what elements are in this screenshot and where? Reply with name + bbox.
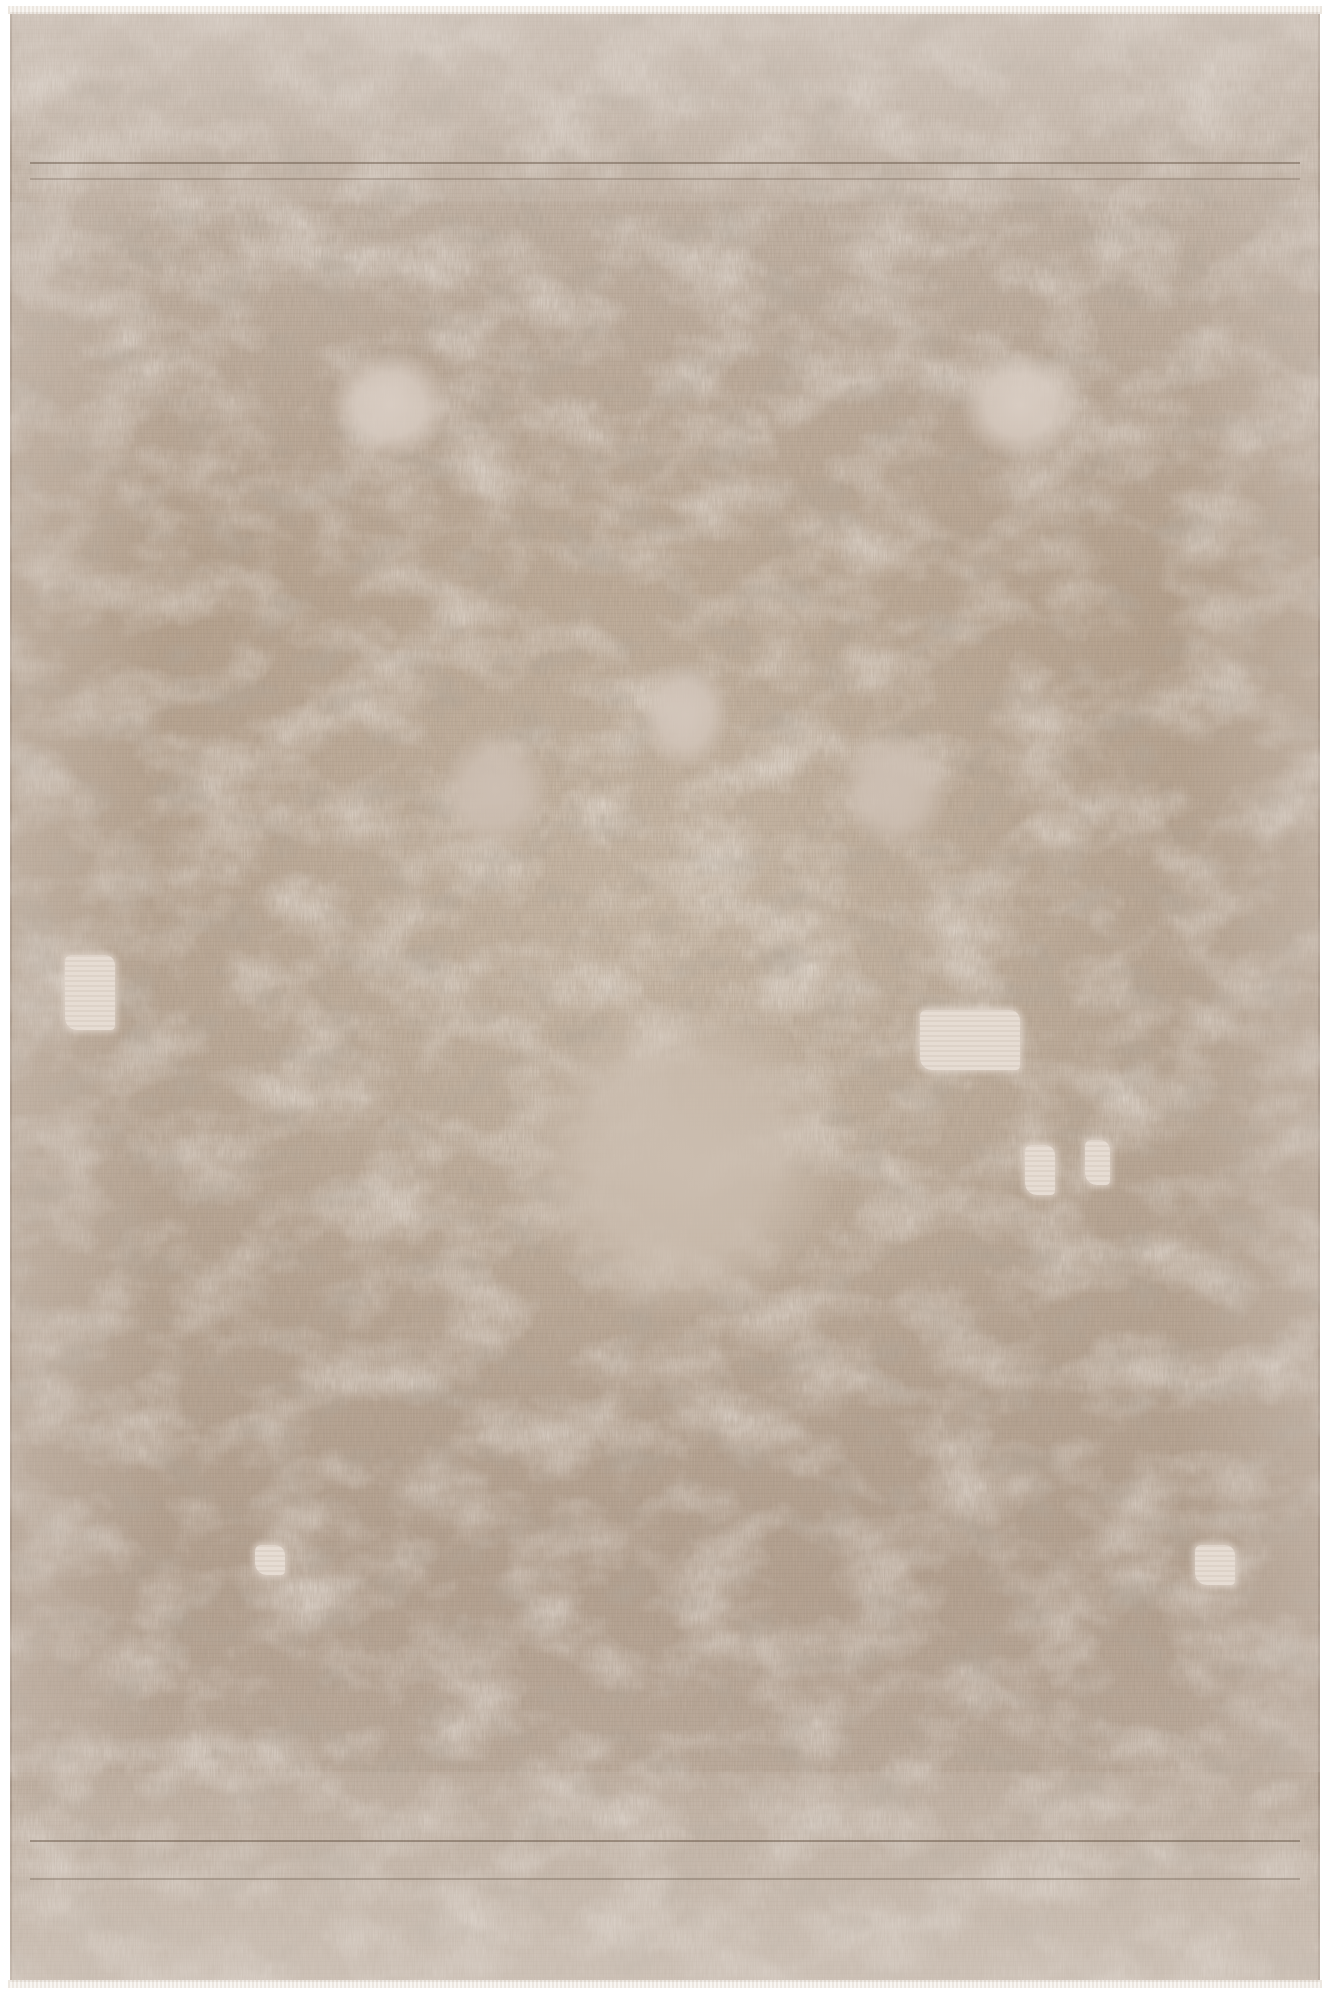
border-line-bottom-1 <box>30 1840 1300 1842</box>
border-line-top-2 <box>30 178 1300 180</box>
bottom-fringe <box>8 1980 1322 1988</box>
lobe-right <box>840 730 950 850</box>
border-line-top-1 <box>30 162 1300 164</box>
worn-patch-lower-left <box>255 1545 285 1575</box>
central-pendant <box>640 660 730 770</box>
right-border-band <box>1180 202 1320 1772</box>
rug-texture <box>10 12 1320 1982</box>
worn-patch-center-right <box>920 1010 1020 1070</box>
top-border-band <box>10 12 1320 202</box>
rug <box>10 12 1320 1982</box>
center-field-light <box>520 1000 840 1320</box>
worn-patch-left <box>65 955 115 1030</box>
medallion-light-upper-right <box>960 350 1080 460</box>
lobe-left <box>440 730 550 850</box>
worn-patch-right-2 <box>1085 1140 1110 1185</box>
medallion-light-upper-left <box>330 350 450 460</box>
top-fringe <box>8 6 1322 14</box>
bottom-border-band <box>10 1772 1320 1982</box>
worn-patch-right-1 <box>1025 1145 1055 1195</box>
border-line-bottom-2 <box>30 1878 1300 1880</box>
worn-patch-lower-right <box>1195 1545 1235 1585</box>
